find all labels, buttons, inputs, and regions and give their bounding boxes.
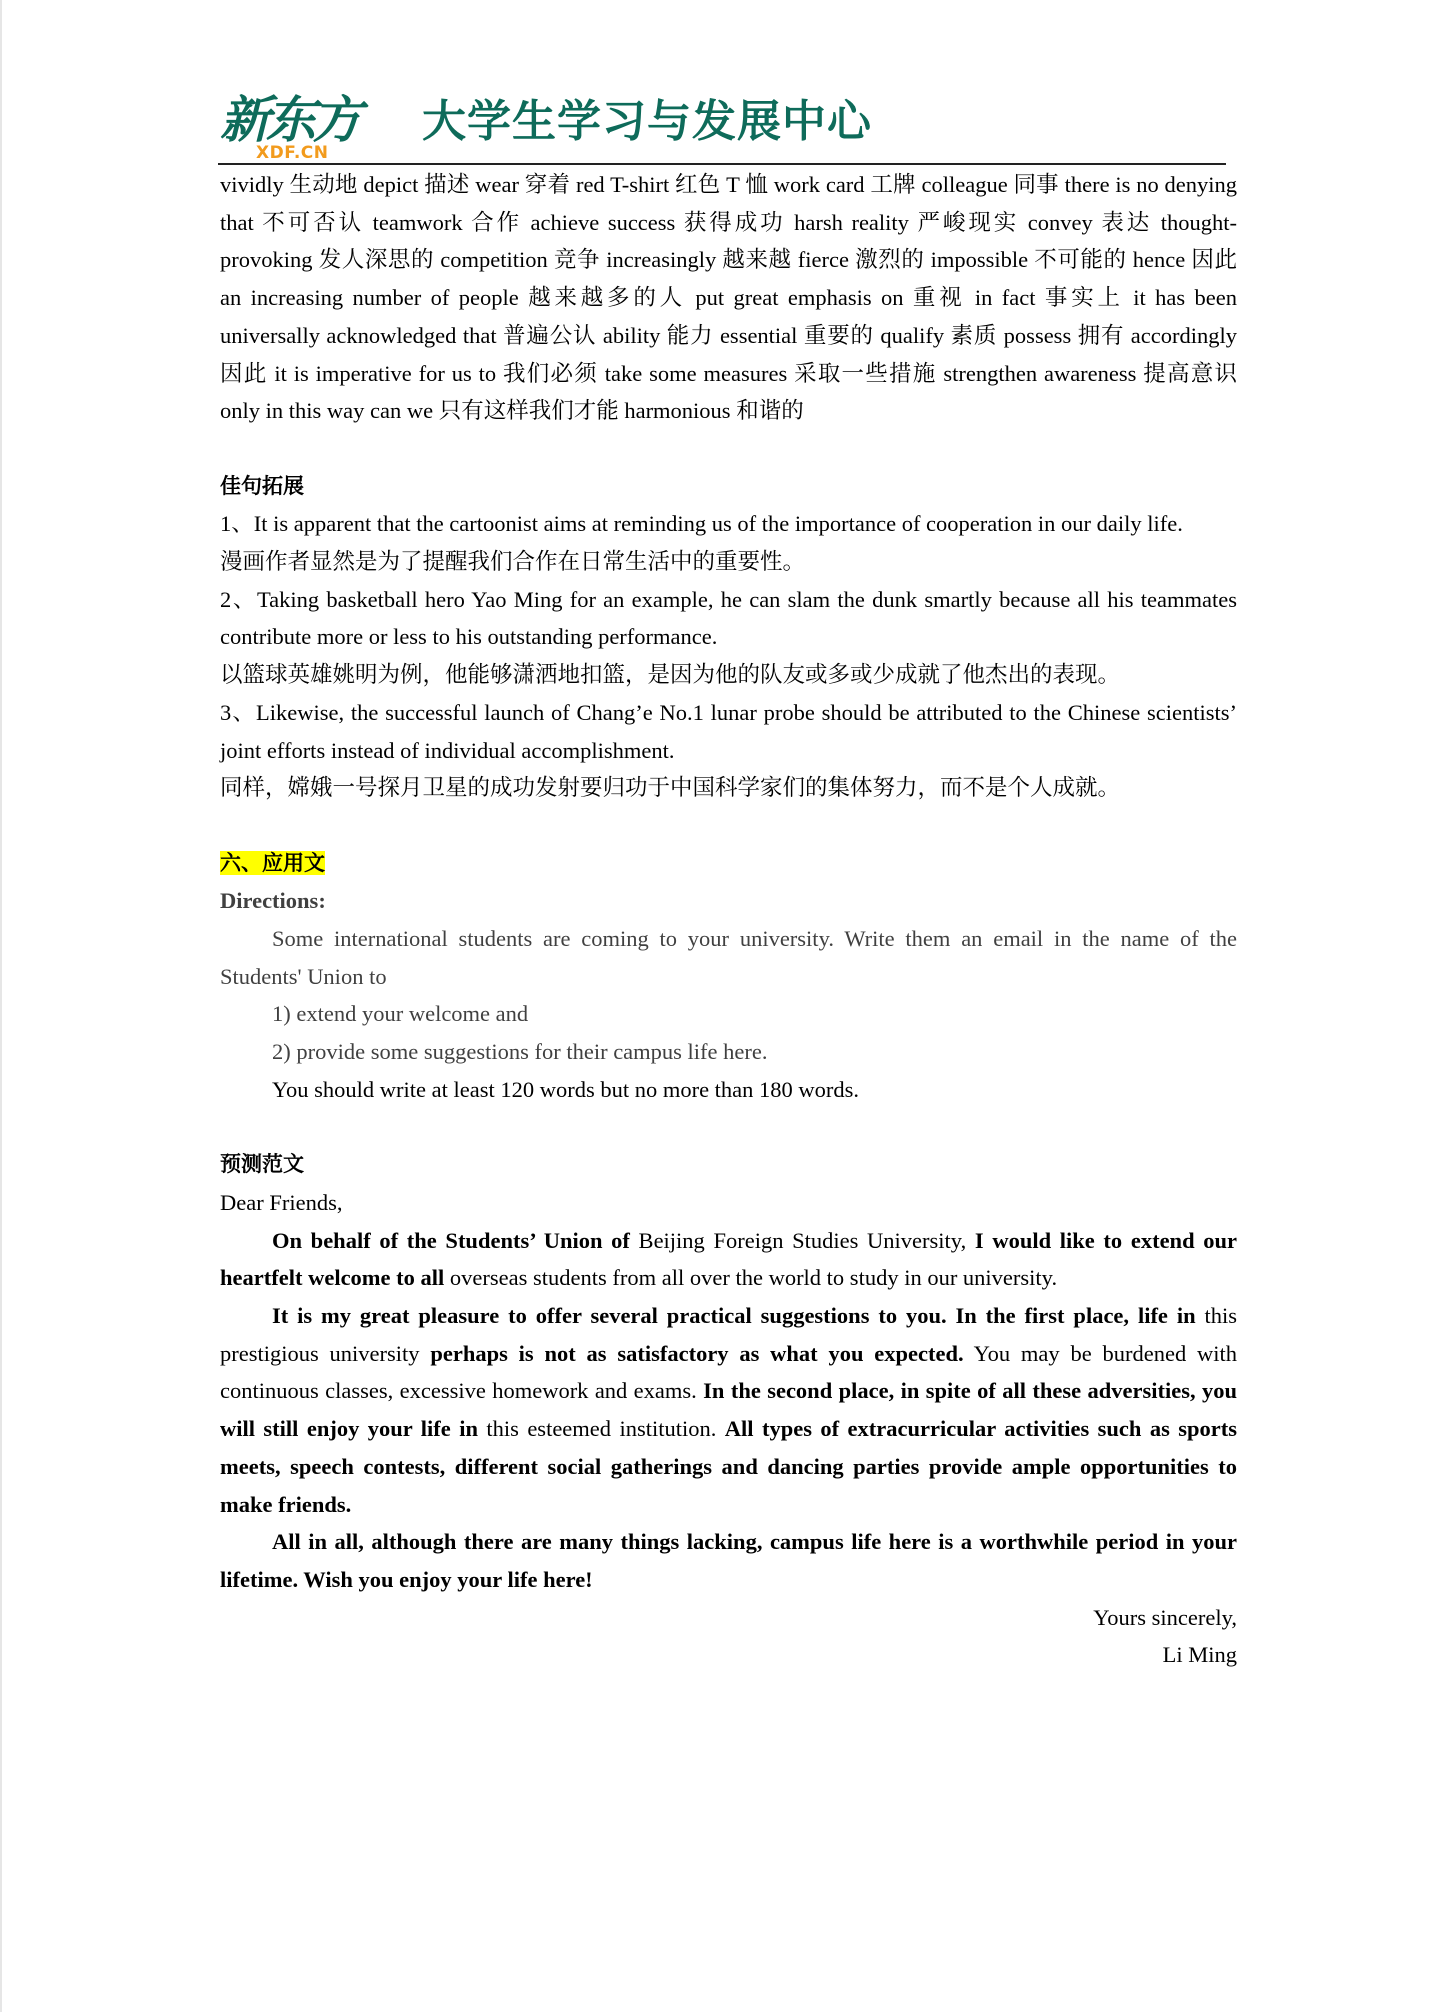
sentence-3-en: 3、Likewise, the successful launch of Cha… bbox=[220, 694, 1237, 769]
section-heading-sample-essay: 预测范文 bbox=[220, 1146, 1237, 1184]
closing: Yours sincerely, bbox=[220, 1599, 1237, 1637]
spacer bbox=[220, 1109, 1237, 1147]
vocabulary-list: vividly 生动地 depict 描述 wear 穿着 red T-shir… bbox=[220, 166, 1237, 430]
header-divider bbox=[218, 163, 1226, 165]
directions-label: Directions: bbox=[220, 882, 1237, 920]
directions-point-2: 2) provide some suggestions for their ca… bbox=[220, 1033, 1237, 1071]
sentence-1-en: 1、It is apparent that the cartoonist aim… bbox=[220, 505, 1237, 543]
spacer bbox=[220, 430, 1237, 468]
page-header: 新东方 XDF.CN 大学生学习与发展中心 bbox=[218, 92, 1226, 166]
directions-point-1: 1) extend your welcome and bbox=[220, 995, 1237, 1033]
essay-paragraph-3: All in all, although there are many thin… bbox=[220, 1523, 1237, 1598]
sentence-2-zh: 以篮球英雄姚明为例，他能够潇洒地扣篮，是因为他的队友或多或少成就了他杰出的表现。 bbox=[220, 656, 1237, 694]
essay-paragraph-2: It is my great pleasure to offer several… bbox=[220, 1297, 1237, 1523]
section-heading-applied-writing: 六、应用文 bbox=[220, 851, 325, 875]
directions-text: Some international students are coming t… bbox=[220, 920, 1237, 995]
sentence-1-zh: 漫画作者显然是为了提醒我们合作在日常生活中的重要性。 bbox=[220, 543, 1237, 581]
sentence-3-zh: 同样，嫦娥一号探月卫星的成功发射要归功于中国科学家们的集体努力，而不是个人成就。 bbox=[220, 769, 1237, 807]
document-body: vividly 生动地 depict 描述 wear 穿着 red T-shir… bbox=[220, 166, 1237, 1674]
section-heading-sentences: 佳句拓展 bbox=[220, 468, 1237, 506]
word-limit: You should write at least 120 words but … bbox=[220, 1071, 1237, 1109]
essay-paragraph-1: On behalf of the Students’ Union of Beij… bbox=[220, 1222, 1237, 1297]
center-title: 大学生学习与发展中心 bbox=[422, 96, 872, 148]
signature: Li Ming bbox=[220, 1636, 1237, 1674]
sentence-2-en: 2、Taking basketball hero Yao Ming for an… bbox=[220, 581, 1237, 656]
salutation: Dear Friends, bbox=[220, 1184, 1237, 1222]
spacer bbox=[220, 807, 1237, 845]
xdf-logo-domain: XDF.CN bbox=[256, 144, 329, 162]
xdf-logo: 新东方 bbox=[220, 92, 358, 148]
